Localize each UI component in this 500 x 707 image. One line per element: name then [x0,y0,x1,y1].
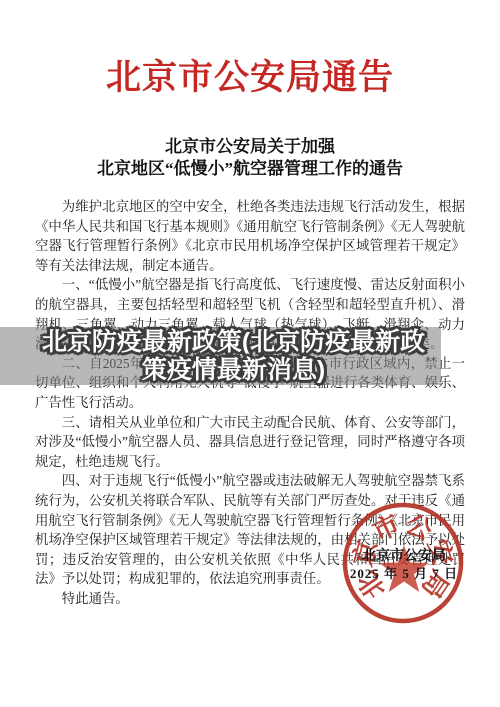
watermark-overlay-band: 北京防疫最新政策(北京防疫最新政 策疫情最新消息) [0,327,441,385]
watermark-text-line2: 策疫情最新消息) [142,356,325,384]
notice-subtitle-line2: 北京地区“低慢小”航空器管理工作的通告 [0,158,500,180]
notice-document-page: 北京市公安局通告 北京市公安局关于加强 北京地区“低慢小”航空器管理工作的通告 … [0,0,500,707]
notice-subtitle-line1: 北京市公安局关于加强 [0,136,500,158]
signature-agency: 北京市公安局 [338,545,470,565]
notice-paragraph: 为维护北京地区的空中安全，杜绝各类违法违规飞行活动发生，根据《中华人民共和国飞行… [35,197,465,275]
signature-date: 2025 年 5 月 7 日 [338,563,470,582]
notice-title: 北京市公安局通告 [0,50,500,100]
watermark-text-line1: 北京防疫最新政策(北京防疫最新政 [42,328,425,356]
notice-subtitle: 北京市公安局关于加强 北京地区“低慢小”航空器管理工作的通告 [0,136,500,180]
notice-paragraph: 三、请相关从业单位和广大市民主动配合民航、体育、公安等部门，对涉及“低慢小”航空… [35,413,465,472]
